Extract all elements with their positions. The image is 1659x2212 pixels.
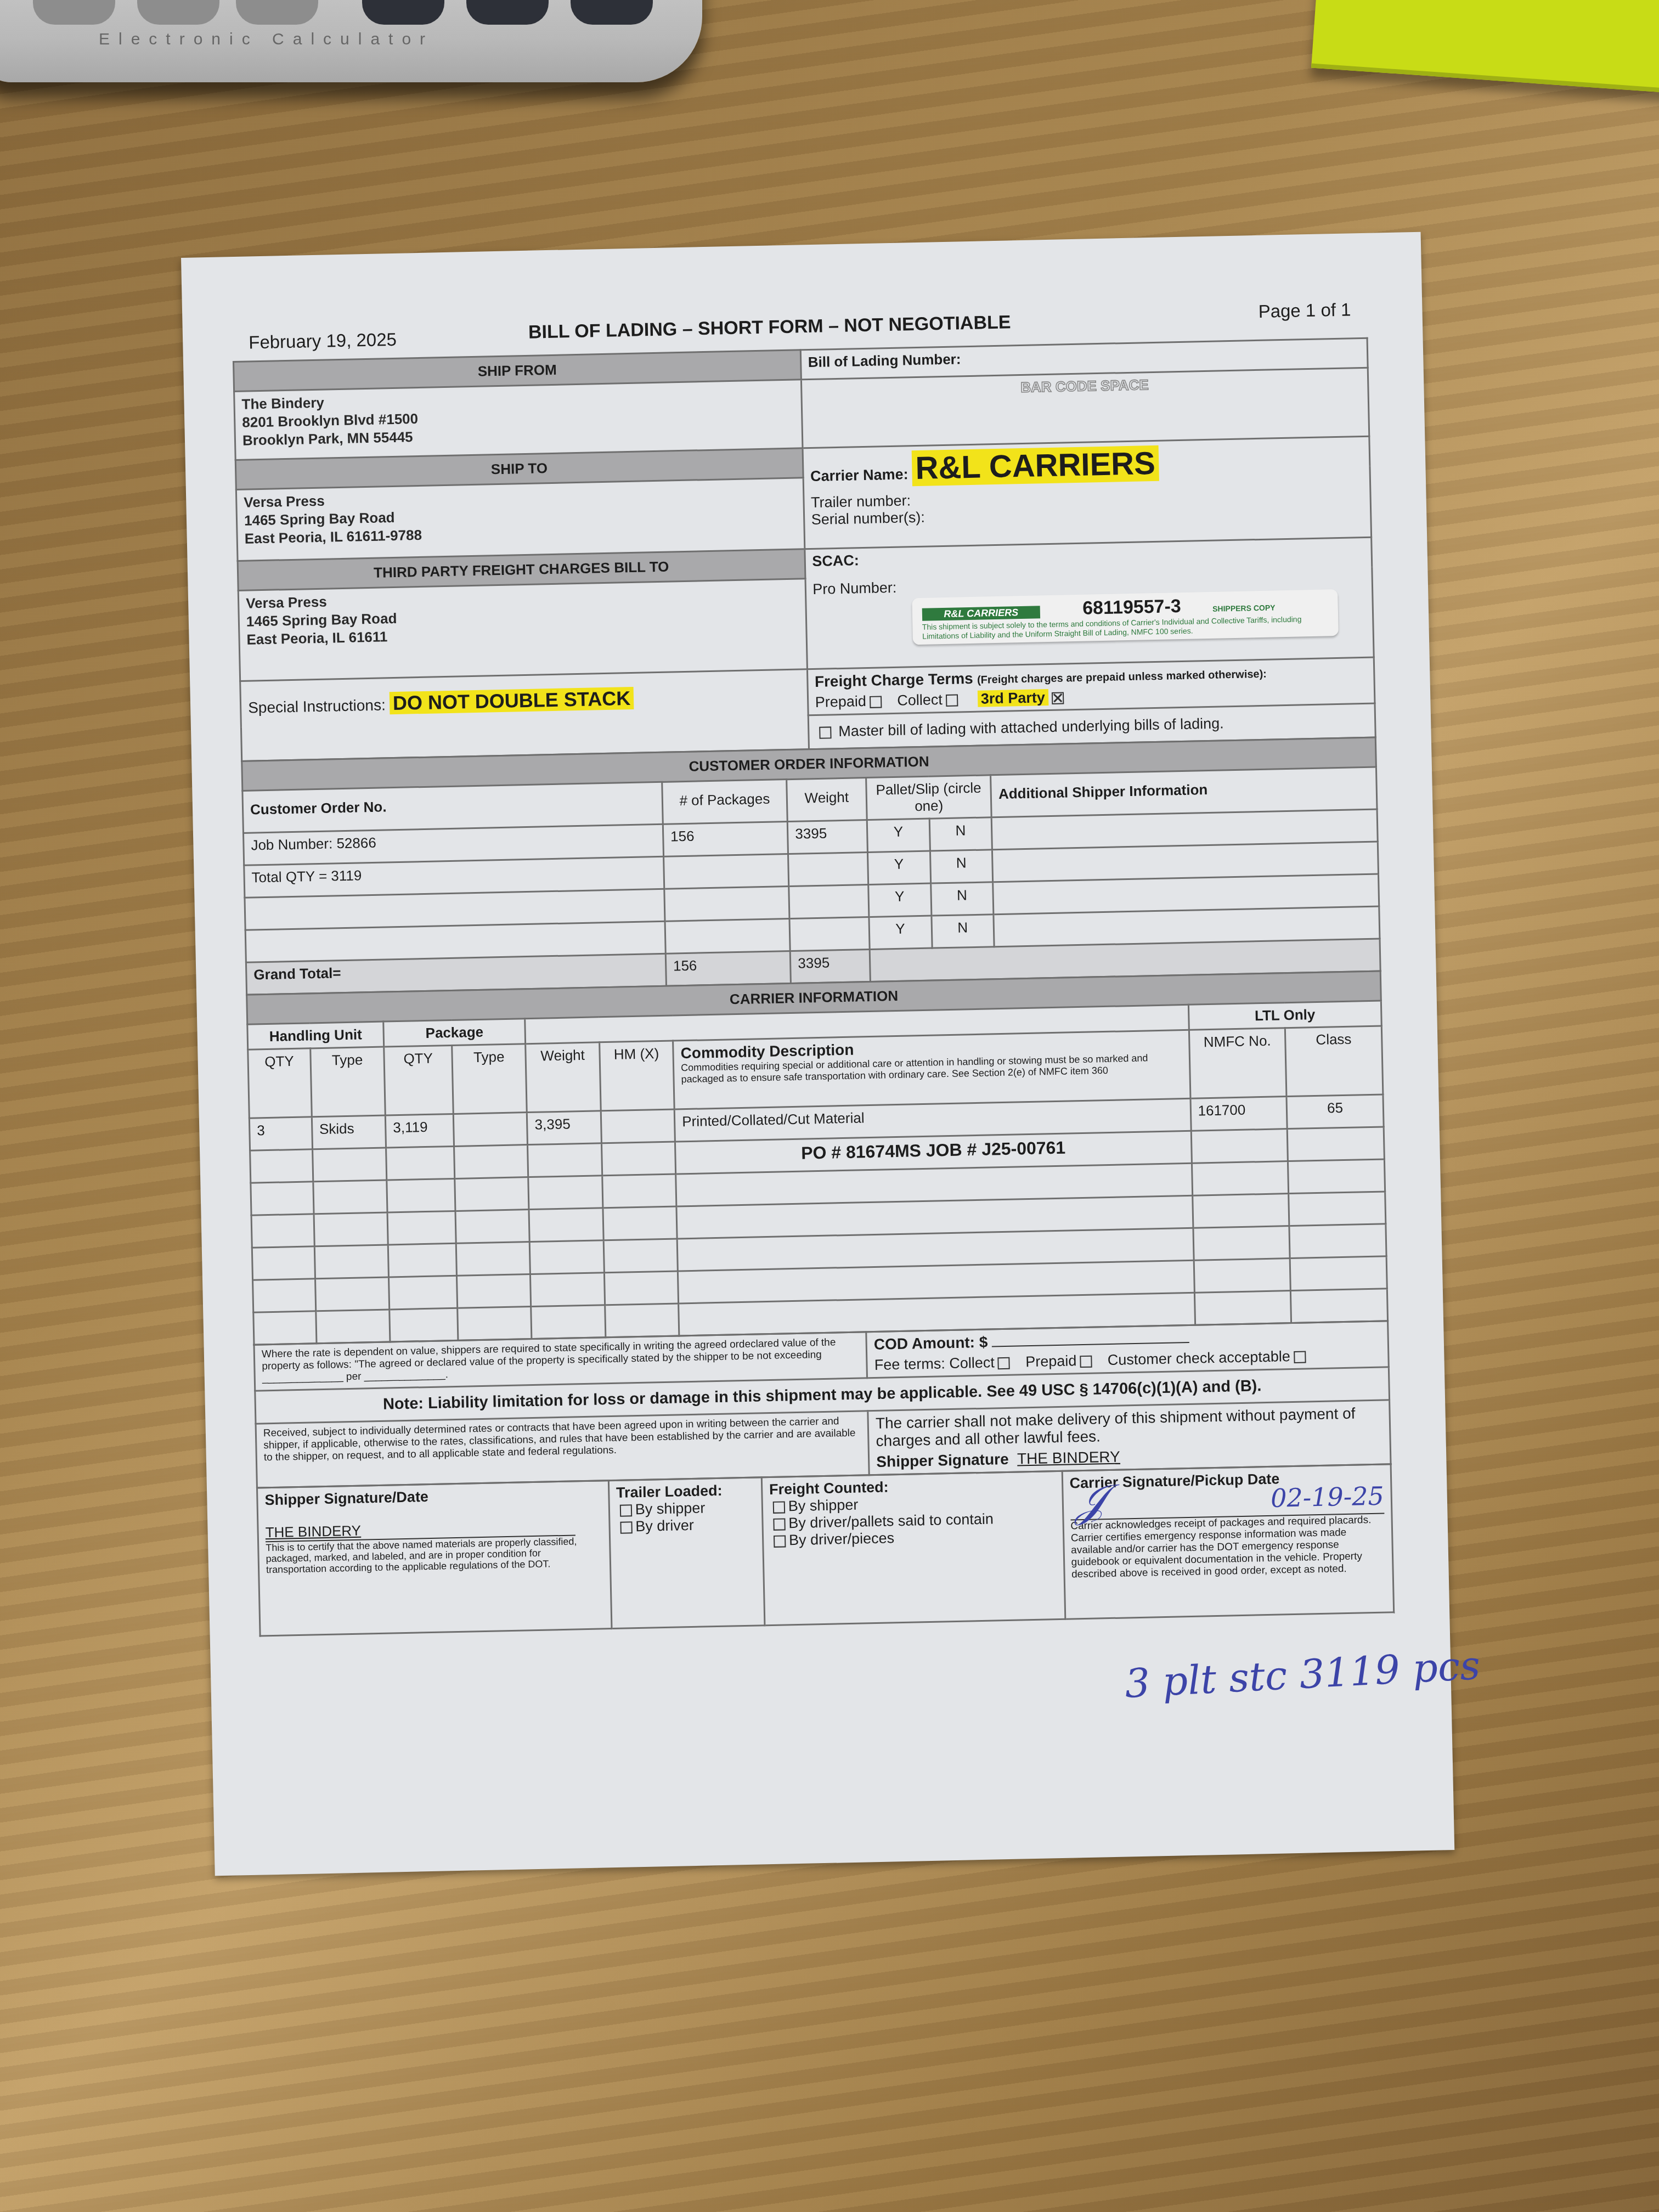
customer-order-table: CUSTOMER ORDER INFORMATION Customer Orde… — [241, 737, 1381, 996]
column-header: Weight — [526, 1042, 601, 1113]
table-cell — [1290, 1256, 1387, 1291]
table-cell — [455, 1210, 530, 1244]
carrier-signature-block: Carrier Signature/Pickup Date 𝒥 02-19-25… — [1062, 1464, 1394, 1619]
table-cell — [528, 1143, 602, 1177]
table-cell — [314, 1245, 389, 1279]
column-header: QTY — [384, 1045, 454, 1115]
table-cell — [529, 1208, 603, 1242]
calculator-key — [236, 0, 318, 25]
table-cell — [601, 1109, 675, 1143]
table-cell — [789, 885, 869, 919]
table-cell — [251, 1182, 314, 1215]
table-cell — [253, 1279, 316, 1312]
calculator-label: Electronic Calculator — [99, 30, 434, 49]
table-cell — [315, 1310, 390, 1344]
table-cell — [603, 1206, 678, 1240]
table-cell — [313, 1180, 387, 1214]
table-cell — [1289, 1192, 1386, 1226]
column-header: HM (X) — [599, 1041, 674, 1111]
table-cell — [664, 887, 790, 922]
column-header: Type — [452, 1044, 527, 1114]
sticky-note-pad — [1311, 0, 1659, 94]
customer-check-checkbox[interactable] — [1294, 1351, 1306, 1363]
cod-amount-field[interactable] — [992, 1342, 1189, 1347]
collect-checkbox[interactable] — [946, 694, 958, 706]
table-cell — [454, 1145, 529, 1179]
table-cell — [1287, 1127, 1384, 1161]
loaded-by-driver-checkbox[interactable] — [620, 1521, 632, 1533]
pallet-yes-option[interactable]: Y — [868, 883, 932, 917]
table-cell — [1192, 1161, 1289, 1196]
table-cell — [390, 1308, 458, 1342]
table-cell: 65 — [1286, 1094, 1384, 1129]
table-cell — [788, 853, 868, 887]
table-cell — [388, 1243, 456, 1277]
column-header: QTY — [248, 1048, 312, 1118]
pallet-yes-option[interactable]: Y — [869, 916, 932, 949]
table-cell — [665, 919, 791, 954]
ship-to-address: Versa Press 1465 Spring Bay Road East Pe… — [236, 478, 804, 561]
counted-by-driver-pieces-checkbox[interactable] — [774, 1535, 786, 1547]
table-cell: 3,119 — [385, 1114, 454, 1148]
shipper-signature-block: Shipper Signature/Date THE BINDERY This … — [257, 1481, 611, 1636]
delivery-terms: The carrier shall not make delivery of t… — [868, 1400, 1391, 1475]
table-cell — [604, 1271, 679, 1305]
freight-counted: Freight Counted: By shipper By driver/pa… — [761, 1471, 1065, 1625]
pallet-no-option[interactable]: N — [929, 817, 992, 851]
shipper-signature-value: THE BINDERY — [1017, 1448, 1120, 1468]
pallet-yes-option[interactable]: Y — [867, 819, 930, 852]
counted-by-driver-pallets-checkbox[interactable] — [773, 1518, 785, 1530]
signature-table: Shipper Signature/Date THE BINDERY This … — [256, 1463, 1395, 1637]
pallet-yes-option[interactable]: Y — [867, 851, 930, 884]
table-cell — [250, 1149, 313, 1183]
master-bol-checkbox[interactable] — [819, 726, 831, 738]
table-cell — [389, 1276, 458, 1310]
carrier-information-table: CARRIER INFORMATION Handling Unit Packag… — [246, 970, 1389, 1345]
table-cell: 3,395 — [527, 1111, 602, 1145]
shipping-parties-table: SHIP FROM Bill of Lading Number: The Bin… — [233, 337, 1376, 762]
column-header: Commodity DescriptionCommodities requiri… — [673, 1030, 1190, 1109]
table-cell — [386, 1146, 455, 1180]
scac-pro-section: SCAC: Pro Number: R&L CARRIERS 68119557-… — [804, 537, 1374, 669]
table-cell — [251, 1214, 314, 1248]
third-party-checkbox[interactable] — [1052, 692, 1064, 704]
table-cell — [1194, 1259, 1291, 1293]
table-cell: 161700 — [1190, 1097, 1288, 1131]
cod-collect-checkbox[interactable] — [998, 1357, 1010, 1369]
document-date: February 19, 2025 — [249, 329, 397, 353]
table-cell — [253, 1311, 317, 1345]
loaded-by-shipper-checkbox[interactable] — [620, 1504, 632, 1516]
table-cell — [456, 1274, 531, 1308]
column-header: NMFC No. — [1189, 1028, 1286, 1099]
calculator-key — [466, 0, 549, 25]
table-cell — [602, 1174, 676, 1208]
value-cod-table: Where the rate is dependent on value, sh… — [253, 1320, 1391, 1488]
table-cell — [387, 1178, 455, 1212]
cod-prepaid-checkbox[interactable] — [1080, 1356, 1092, 1368]
pickup-date: 02-19-25 — [1271, 1481, 1385, 1513]
document-title: BILL OF LADING – SHORT FORM – NOT NEGOTI… — [528, 312, 1011, 343]
table-cell — [252, 1246, 315, 1280]
pro-number-sticker: R&L CARRIERS 68119557-3 SHIPPERS COPY Th… — [912, 589, 1339, 645]
table-cell — [1193, 1226, 1290, 1261]
barcode-space: BAR CODE SPACE — [801, 368, 1369, 448]
prepaid-checkbox[interactable] — [870, 696, 882, 708]
special-instructions: Special Instructions: DO NOT DOUBLE STAC… — [240, 669, 809, 761]
carrier-signature-scrawl: 𝒥 — [1075, 1475, 1106, 1527]
calculator-key — [571, 0, 653, 25]
table-cell — [458, 1307, 532, 1341]
table-cell — [1288, 1159, 1385, 1194]
table-cell — [315, 1277, 390, 1311]
table-cell — [456, 1242, 531, 1276]
table-cell — [530, 1240, 605, 1274]
table-cell — [455, 1177, 529, 1211]
table-cell — [531, 1305, 606, 1339]
column-header: Class — [1285, 1026, 1383, 1097]
ship-from-address: The Bindery 8201 Brooklyn Blvd #1500 Bro… — [234, 380, 803, 460]
table-cell — [312, 1148, 387, 1182]
table-cell — [1191, 1129, 1288, 1164]
table-cell — [1291, 1289, 1388, 1323]
table-cell — [1289, 1224, 1386, 1259]
table-cell — [531, 1273, 605, 1307]
carrier-logo: R&L CARRIERS — [922, 606, 1040, 621]
bill-of-lading-document: February 19, 2025 BILL OF LADING – SHORT… — [181, 232, 1454, 1876]
table-cell — [453, 1113, 528, 1147]
column-header: Type — [310, 1047, 385, 1117]
table-cell — [605, 1304, 679, 1338]
table-cell — [528, 1176, 603, 1210]
table-cell — [663, 854, 789, 889]
table-cell: 156 — [663, 822, 788, 857]
trailer-loaded: Trailer Loaded: By shipper By driver — [608, 1477, 765, 1629]
carrier-name: R&L CARRIERS — [912, 445, 1159, 486]
table-cell — [789, 917, 870, 951]
table-cell — [603, 1239, 678, 1273]
pallet-no-option[interactable]: N — [930, 850, 993, 883]
table-cell — [1194, 1291, 1291, 1325]
table-cell — [387, 1211, 456, 1245]
calculator-key — [362, 0, 444, 25]
page-indicator: Page 1 of 1 — [1258, 299, 1351, 322]
pro-number: 68119557-3 — [1082, 596, 1181, 619]
calculator: Electronic Calculator — [0, 0, 702, 82]
table-cell — [601, 1142, 676, 1176]
table-cell — [1192, 1194, 1289, 1228]
pallet-no-option[interactable]: N — [931, 915, 994, 948]
calculator-key — [137, 0, 219, 25]
calculator-key — [33, 0, 115, 25]
table-cell — [314, 1212, 388, 1246]
special-instructions-value: DO NOT DOUBLE STACK — [389, 687, 634, 714]
table-cell: 3 — [249, 1117, 312, 1150]
third-party-address: Versa Press 1465 Spring Bay Road East Pe… — [238, 579, 807, 681]
counted-by-shipper-checkbox[interactable] — [773, 1501, 785, 1513]
table-cell: Skids — [312, 1115, 386, 1149]
carrier-details: Carrier Name: R&L CARRIERS Trailer numbe… — [803, 436, 1372, 549]
table-cell: 3395 — [787, 820, 867, 854]
pallet-no-option[interactable]: N — [930, 882, 994, 916]
